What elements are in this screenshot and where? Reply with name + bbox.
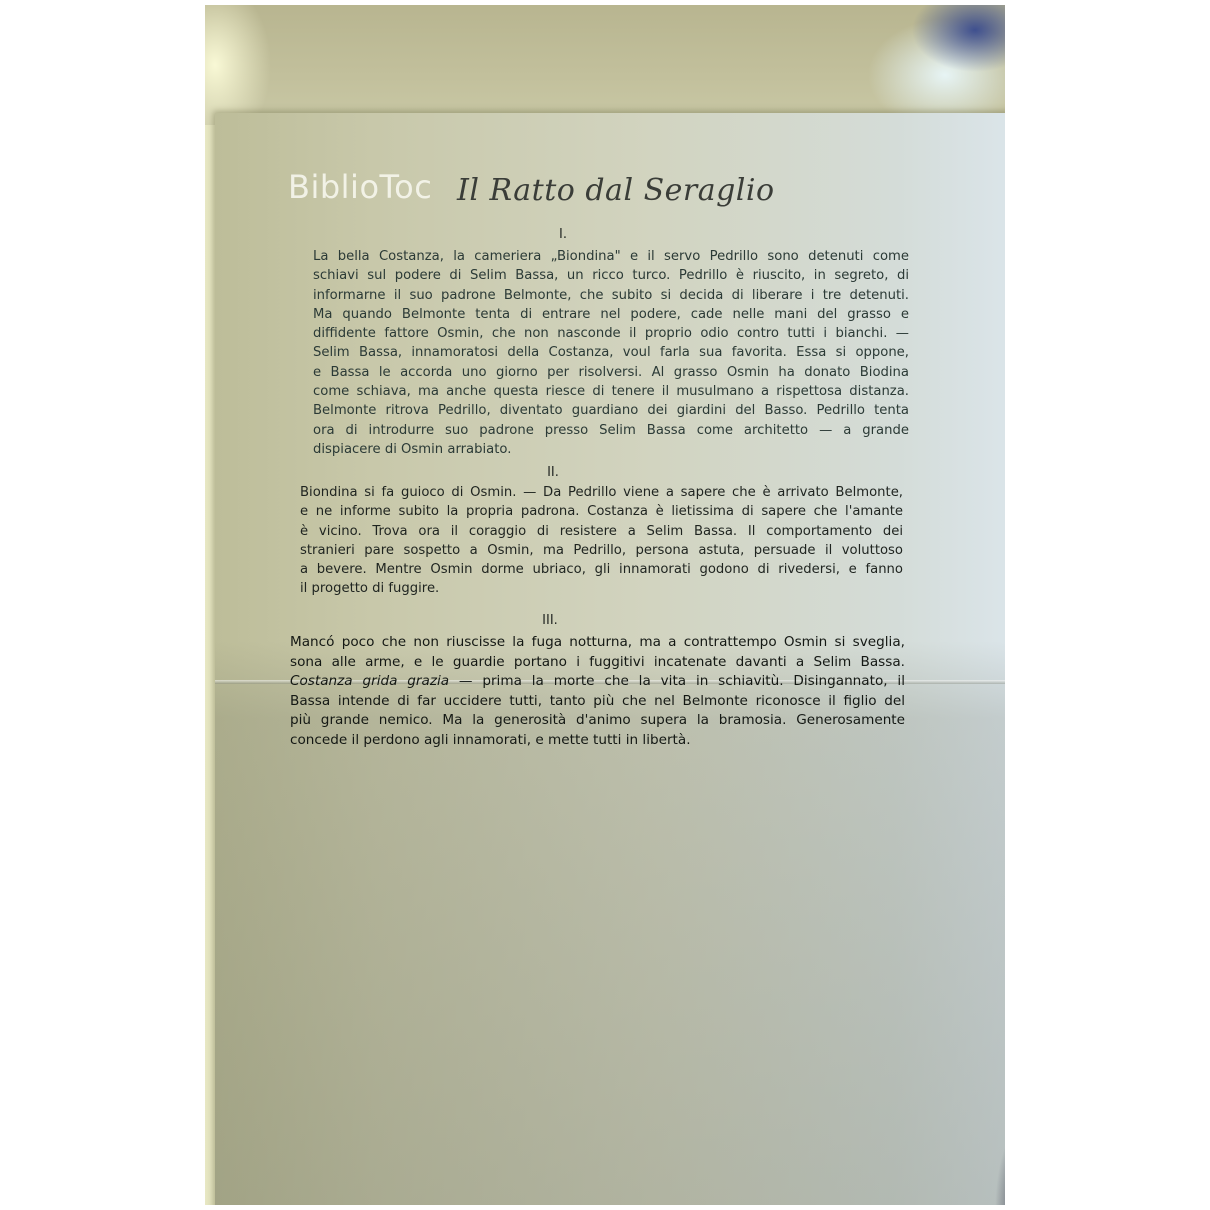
text-line: Bassa intende di far uccidere tutti, tan… <box>290 692 905 712</box>
text-line: diffidente fattore Osmin, che non nascon… <box>313 324 909 343</box>
text-line: Selim Bassa, innamoratosi della Costanza… <box>313 343 909 362</box>
section-2-text: Biondina si fa guioco di Osmin. — Da Ped… <box>300 483 903 599</box>
text-line: schiavi sul podere di Selim Bassa, un ri… <box>313 266 909 285</box>
watermark-logo: BiblioToc <box>288 168 432 206</box>
page-title: Il Ratto dal Seraglio <box>457 173 775 208</box>
text-line: informarne il suo padrone Belmonte, che … <box>313 286 909 305</box>
text-line: La bella Costanza, la cameriera „Biondin… <box>313 247 909 266</box>
text-line: più grande nemico. Ma la generosità d'an… <box>290 711 905 731</box>
text-line: Costanza grida grazia — prima la morte c… <box>290 672 905 692</box>
document-photo: BiblioToc Il Ratto dal Seraglio I. La be… <box>205 5 1005 1205</box>
text-line: concede il perdono agli innamorati, e me… <box>290 731 905 751</box>
text-line: e Bassa le accorda uno giorno per risolv… <box>313 363 909 382</box>
text-line: Biondina si fa guioco di Osmin. — Da Ped… <box>300 483 903 502</box>
text-line: il progetto di fuggire. <box>300 579 903 598</box>
text-line: dispiacere di Osmin arrabiato. <box>313 440 909 459</box>
section-3-text: Mancó poco che non riuscisse la fuga not… <box>290 633 905 751</box>
text-line: sona alle arme, e le guardie portano i f… <box>290 653 905 673</box>
section-1-text: La bella Costanza, la cameriera „Biondin… <box>313 247 909 459</box>
text-line: ora di introdurre suo padrone presso Sel… <box>313 421 909 440</box>
underlying-sheet <box>205 5 1005 125</box>
text-line: stranieri pare sospetto a Osmin, ma Pedr… <box>300 541 903 560</box>
text-line: Belmonte ritrova Pedrillo, diventato gua… <box>313 401 909 420</box>
section-number-1: I. <box>533 227 593 242</box>
text-line: e ne informe subito la propria padrona. … <box>300 502 903 521</box>
section-number-2: II. <box>523 465 583 480</box>
text-line: come schiava, ma anche questa riesce di … <box>313 382 909 401</box>
section-number-3: III. <box>520 613 580 628</box>
text-line: a bevere. Mentre Osmin dorme ubriaco, gl… <box>300 560 903 579</box>
text-line: Ma quando Belmonte tenta di entrare nel … <box>313 305 909 324</box>
corner-shadow <box>965 1073 1005 1205</box>
text-line: Mancó poco che non riuscisse la fuga not… <box>290 633 905 653</box>
text-line: è vicino. Trova ora il coraggio di resis… <box>300 522 903 541</box>
